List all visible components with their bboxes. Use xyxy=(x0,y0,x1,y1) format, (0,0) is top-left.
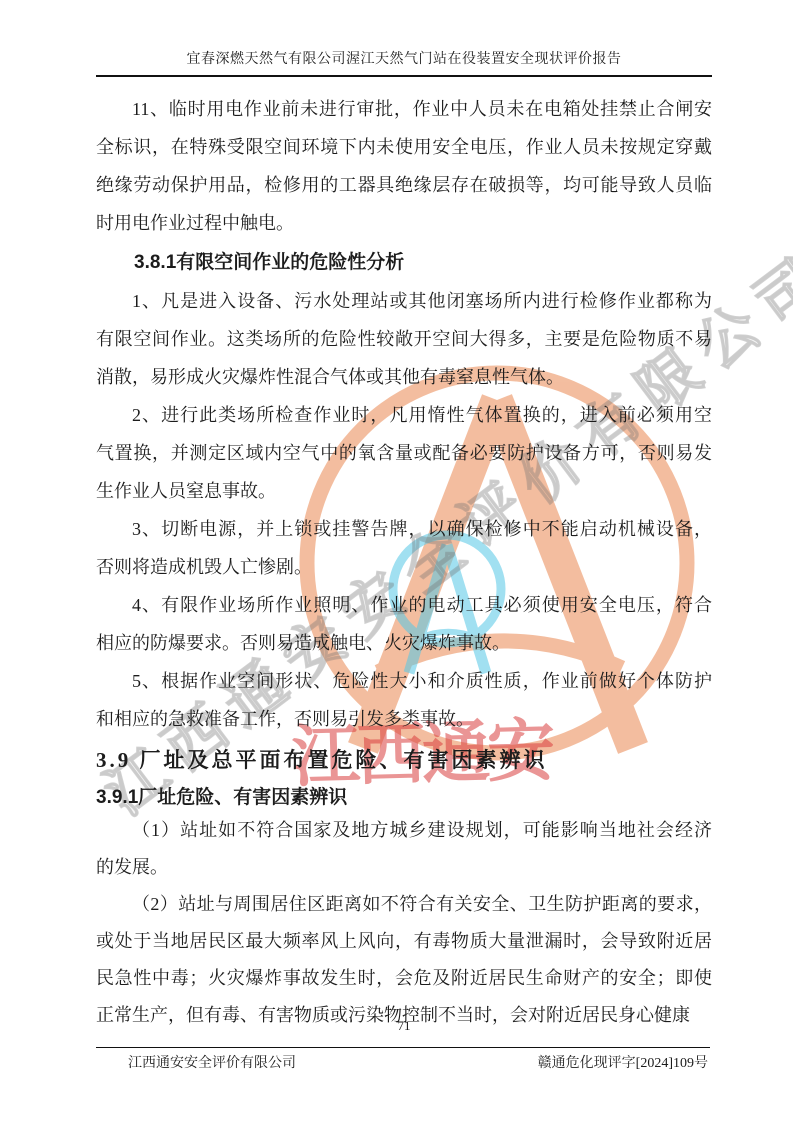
paragraph-site-hazard-1: （1）站址如不符合国家及地方城乡建设规划，可能影响当地社会经济的发展。 xyxy=(96,812,712,886)
text-line: （2）站址与周围居住区距离如不符合有关安全、卫生防护距离的要求， xyxy=(96,886,712,923)
text-line: 3、切断电源，并上锁或挂警告牌，以确保检修中不能启动机械设备， xyxy=(96,510,712,548)
page-number: 71 xyxy=(96,1018,712,1034)
text-line: 5、根据作业空间形状、危险性大小和介质性质，作业前做好个体防护 xyxy=(96,662,712,700)
text-line: 1、凡是进入设备、污水处理站或其他闭塞场所内进行检修作业都称为 xyxy=(96,282,712,320)
text-line: 民急性中毒；火灾爆炸事故发生时，会危及附近居民生命财产的安全；即使 xyxy=(96,960,712,997)
text-line: 11、临时用电作业前未进行审批，作业中人员未在电箱处挂禁止合闸安 xyxy=(96,90,712,128)
text-line: 的发展。 xyxy=(96,849,712,886)
text-line: 消散，易形成火灾爆炸性混合气体或其他有毒窒息性气体。 xyxy=(96,358,712,396)
document-page: 江西通安安全评价有限公司 江西通安 宜春深燃天然气有限公司渥江天然气门站在役装置… xyxy=(0,0,793,1122)
text-line: 2、进行此类场所检查作业时，凡用惰性气体置换的，进入前必须用空 xyxy=(96,396,712,434)
paragraph-site-hazard-2: （2）站址与周围居住区距离如不符合有关安全、卫生防护距离的要求，或处于当地居民区… xyxy=(96,886,712,1034)
document-body: 11、临时用电作业前未进行审批，作业中人员未在电箱处挂禁止合闸安全标识，在特殊受… xyxy=(96,90,712,1034)
section-heading-3-9: 3.9 厂址及总平面布置危险、有害因素辨识 xyxy=(96,742,712,778)
text-line: （1）站址如不符合国家及地方城乡建设规划，可能影响当地社会经济 xyxy=(96,812,712,849)
section-heading-3-8-1: 3.8.1有限空间作业的危险性分析 xyxy=(96,244,712,282)
text-line: 绝缘劳动保护用品，检修用的工器具绝缘层存在破损等，均可能导致人员临 xyxy=(96,166,712,204)
text-line: 气置换，并测定区域内空气中的氧含量或配备必要防护设备方可，否则易发 xyxy=(96,434,712,472)
footer-company-name: 江西通安安全评价有限公司 xyxy=(96,1052,296,1072)
text-line: 生作业人员窒息事故。 xyxy=(96,472,712,510)
report-title: 宜春深燃天然气有限公司渥江天然气门站在役装置安全现状评价报告 xyxy=(187,52,622,67)
text-line: 4、有限作业场所作业照明、作业的电动工具必须使用安全电压，符合 xyxy=(96,586,712,624)
text-line: 和相应的急救准备工作，否则易引发多类事故。 xyxy=(96,700,712,738)
text-line: 有限空间作业。这类场所的危险性较敞开空间大得多，主要是危险物质不易 xyxy=(96,320,712,358)
text-line: 全标识，在特殊受限空间环境下内未使用安全电压，作业人员未按规定穿戴 xyxy=(96,128,712,166)
footer-document-number: 赣通危化现评字[2024]109号 xyxy=(538,1052,710,1072)
page-footer: 江西通安安全评价有限公司 赣通危化现评字[2024]109号 xyxy=(96,1047,710,1072)
text-line: 时用电作业过程中触电。 xyxy=(96,204,712,242)
page-header: 宜春深燃天然气有限公司渥江天然气门站在役装置安全现状评价报告 xyxy=(96,48,712,77)
paragraph-confined-space-2: 2、进行此类场所检查作业时，凡用惰性气体置换的，进入前必须用空气置换，并测定区域… xyxy=(96,396,712,510)
text-line: 否则将造成机毁人亡惨剧。 xyxy=(96,548,712,586)
paragraph-confined-space-5: 5、根据作业空间形状、危险性大小和介质性质，作业前做好个体防护和相应的急救准备工… xyxy=(96,662,712,738)
text-line: 相应的防爆要求。否则易造成触电、火灾爆炸事故。 xyxy=(96,624,712,662)
text-line: 或处于当地居民区最大频率风上风向，有毒物质大量泄漏时，会导致附近居 xyxy=(96,923,712,960)
paragraph-temporary-electric-hazard: 11、临时用电作业前未进行审批，作业中人员未在电箱处挂禁止合闸安全标识，在特殊受… xyxy=(96,90,712,242)
paragraph-confined-space-4: 4、有限作业场所作业照明、作业的电动工具必须使用安全电压，符合相应的防爆要求。否… xyxy=(96,586,712,662)
paragraph-confined-space-1: 1、凡是进入设备、污水处理站或其他闭塞场所内进行检修作业都称为有限空间作业。这类… xyxy=(96,282,712,396)
paragraph-confined-space-3: 3、切断电源，并上锁或挂警告牌，以确保检修中不能启动机械设备，否则将造成机毁人亡… xyxy=(96,510,712,586)
